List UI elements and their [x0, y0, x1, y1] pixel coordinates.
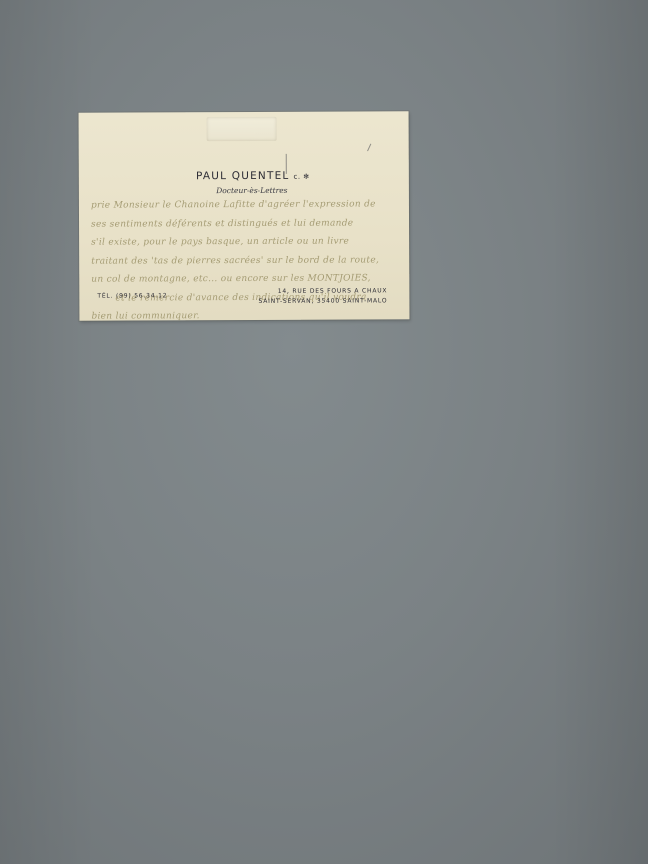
handwritten-line: traitant des 'tas de pierres sacrées' su…	[91, 251, 401, 271]
visiting-card: PAUL QUENTELc. ✻ Docteur-ès-Lettres prie…	[79, 111, 410, 320]
handwritten-line: prie Monsieur le Chanoine Lafitte d'agré…	[91, 195, 401, 215]
address-line: SAINT-SERVAN, 35400 SAINT-MALO	[259, 296, 388, 307]
address: 14, RUE DES FOURS A CHAUX SAINT-SERVAN, …	[258, 286, 387, 307]
card-title: Docteur-ès-Lettres	[79, 185, 409, 195]
card-name: PAUL QUENTEL	[196, 170, 290, 182]
honorific: c. ✻	[293, 173, 309, 181]
pencil-tick	[367, 144, 371, 152]
handwritten-line: s'il existe, pour le pays basque, un art…	[91, 232, 401, 252]
handwritten-message: prie Monsieur le Chanoine Lafitte d'agré…	[91, 195, 402, 326]
handwritten-line: ses sentiments déférents et distingués e…	[91, 214, 401, 234]
adhesive-tape	[207, 117, 277, 141]
handwritten-line: bien lui communiquer.	[91, 306, 401, 326]
address-line: 14, RUE DES FOURS A CHAUX	[258, 286, 387, 297]
telephone: TÉL. (99) 56.34.12	[97, 292, 167, 299]
card-name-line: PAUL QUENTELc. ✻	[79, 169, 409, 182]
